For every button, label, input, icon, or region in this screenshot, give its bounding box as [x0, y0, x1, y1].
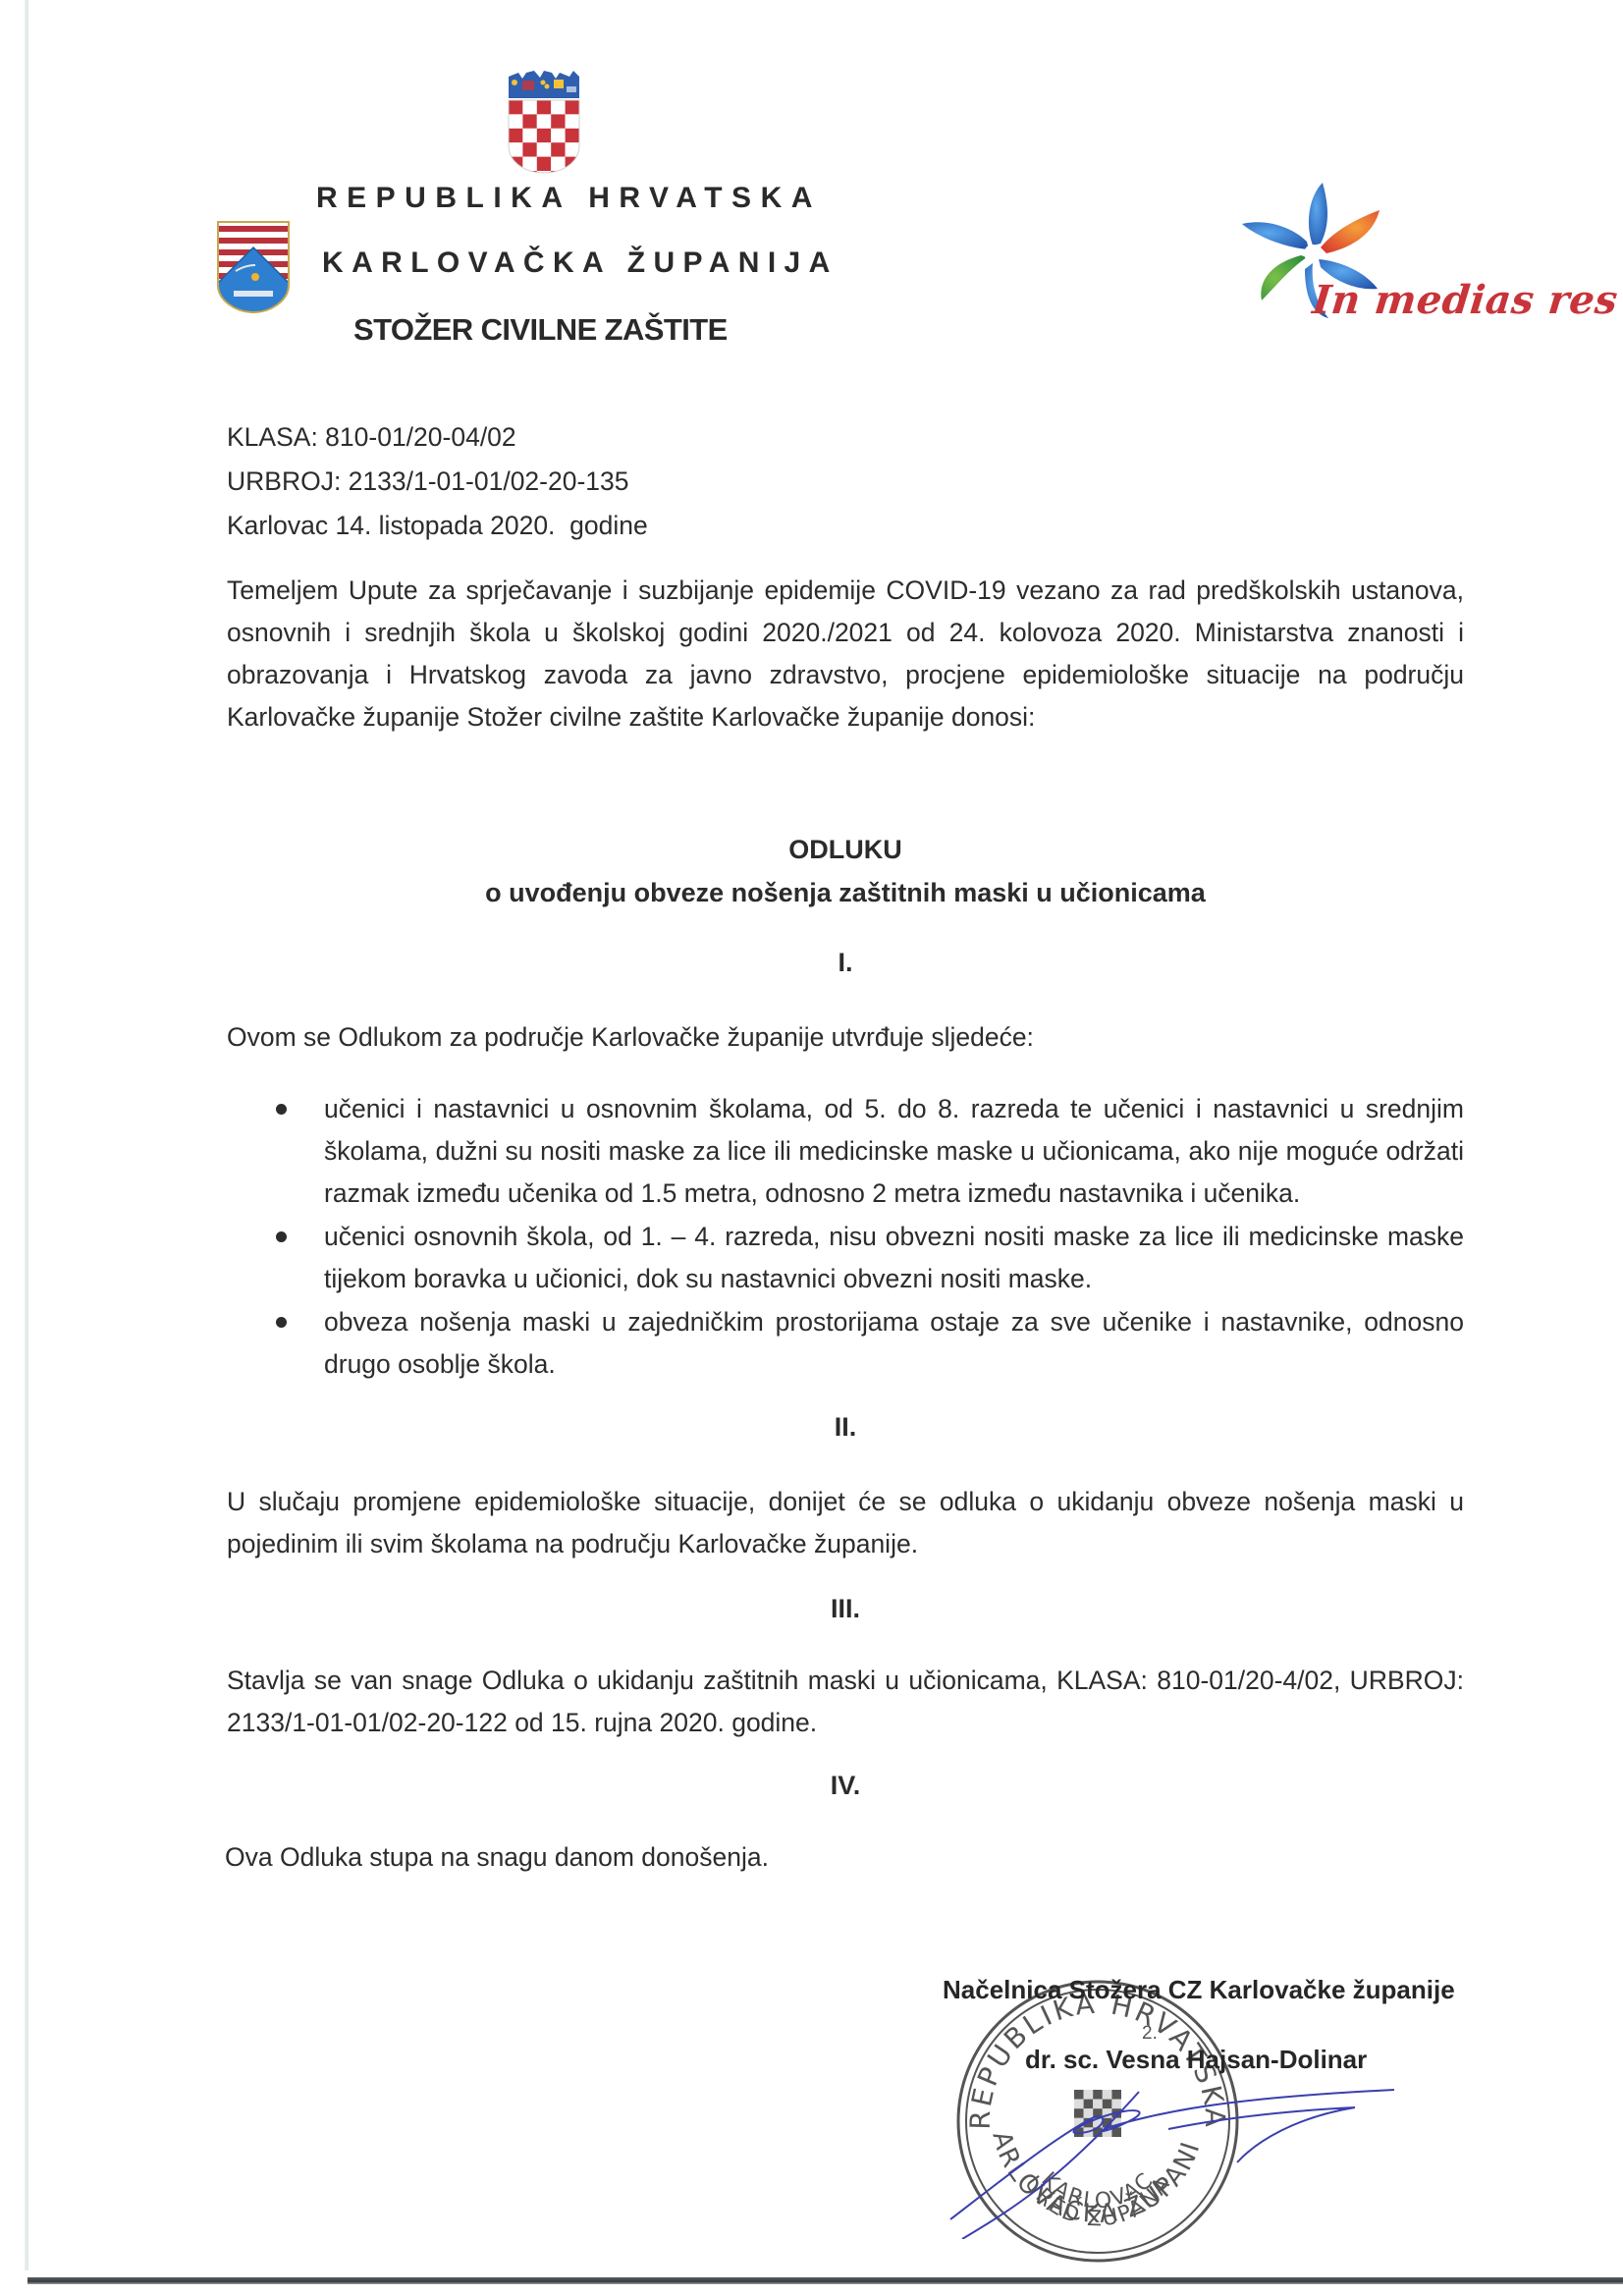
section-III-text: Stavlja se van snage Odluka o ukidanju z… [227, 1660, 1464, 1744]
decision-title: ODLUKU [227, 835, 1464, 865]
handwritten-signature-icon [943, 2072, 1394, 2239]
section-heading-III: III. [227, 1594, 1464, 1624]
signatory-title: Načelnica Stožera CZ Karlovačke županije [943, 1975, 1455, 2005]
section-I-bullet-list: učenici i nastavnici u osnovnim školama,… [227, 1088, 1464, 1387]
urbroj: URBROJ: 2133/1-01-01/02-20-135 [227, 460, 648, 504]
place-date: Karlovac 14. listopada 2020. godine [227, 504, 648, 548]
section-heading-II: II. [227, 1412, 1464, 1443]
signatory-name: dr. sc. Vesna Hajsan-Dolinar [1025, 2045, 1367, 2075]
croatia-coat-of-arms-icon [505, 69, 583, 175]
signature-number: 2. [1142, 2023, 1158, 2045]
header-civil-protection: STOŽER CIVILNE ZAŠTITE [353, 312, 728, 348]
list-item: učenici i nastavnici u osnovnim školama,… [227, 1088, 1464, 1215]
section-heading-IV: IV. [227, 1771, 1464, 1801]
in-medias-res-logo-text: In medias res [1311, 277, 1621, 323]
section-heading-I: I. [227, 948, 1464, 978]
karlovac-county-coat-of-arms-icon [216, 220, 291, 314]
scan-edge-left [25, 0, 28, 2270]
section-IV-text: Ova Odluka stupa na snagu danom donošenj… [225, 1836, 1462, 1879]
list-item: obveza nošenja maski u zajedničkim prost… [227, 1301, 1464, 1386]
intro-paragraph: Temeljem Upute za sprječavanje i suzbija… [227, 570, 1464, 738]
header-county: KARLOVAČKA ŽUPANIJA [322, 246, 839, 280]
bullet-icon [276, 1231, 287, 1242]
section-I-lead: Ovom se Odlukom za područje Karlovačke ž… [227, 1016, 1464, 1059]
klasa: KLASA: 810-01/20-04/02 [227, 415, 648, 460]
header-country: REPUBLIKA HRVATSKA [316, 182, 822, 215]
bullet-icon [276, 1317, 287, 1328]
scan-edge-bottom [27, 2277, 1623, 2284]
decision-subtitle: o uvođenju obveze nošenja zaštitnih mask… [227, 878, 1464, 908]
bullet-icon [276, 1104, 287, 1115]
section-II-text: U slučaju promjene epidemiološke situaci… [227, 1481, 1464, 1565]
list-item: učenici osnovnih škola, od 1. – 4. razre… [227, 1216, 1464, 1300]
document-meta: KLASA: 810-01/20-04/02 URBROJ: 2133/1-01… [227, 415, 648, 548]
